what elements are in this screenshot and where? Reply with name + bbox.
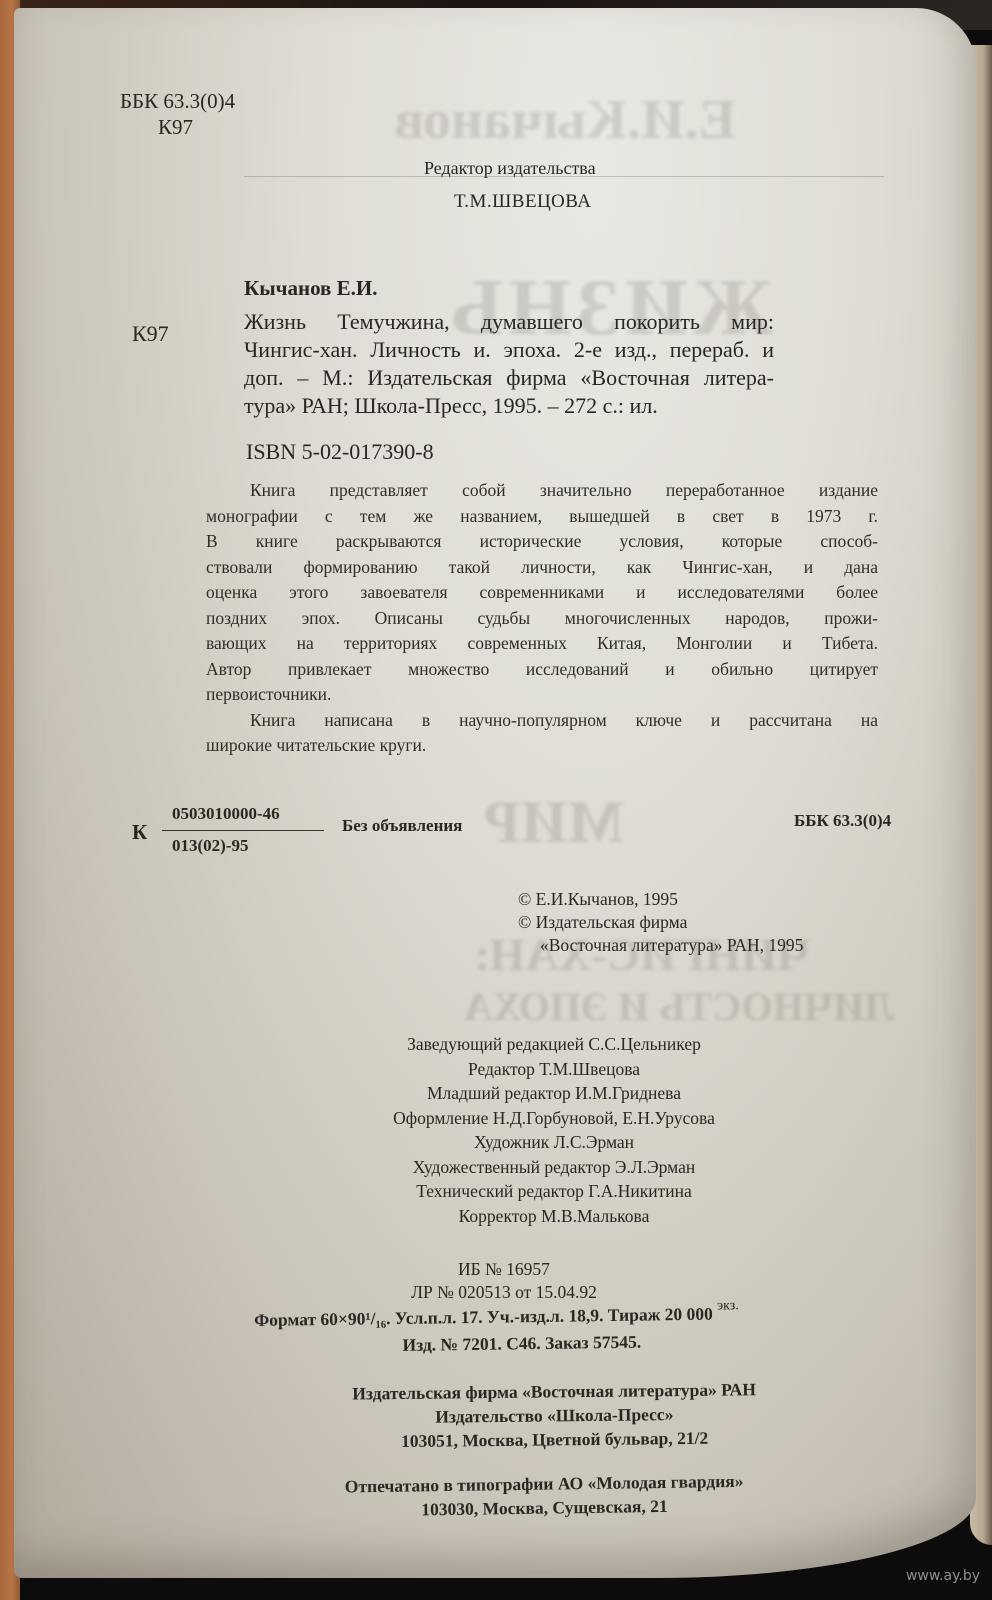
editor-divider — [244, 176, 884, 177]
description-line: доп. – М.: Издательская фирма «Восточная… — [244, 364, 774, 392]
copies-unit: экз. — [717, 1298, 739, 1313]
isbn: ISBN 5-02-017390-8 — [246, 439, 434, 465]
classification-letter: К — [132, 820, 147, 845]
bibliographic-description: Жизнь Темучжина, думавшего покорить мир:… — [244, 308, 774, 420]
bleed-through-subtitle-2: ЛИЧНОСТЬ И ЭПОХА — [464, 983, 894, 1030]
record-author-mark: К97 — [132, 321, 169, 347]
annotation-line: поздних эпох. Описаны судьбы многочислен… — [206, 606, 878, 632]
bbk-footer-code: ББК 63.3(0)4 — [794, 811, 891, 831]
annotation-line: монографии с тем же названием, вышедшей … — [206, 504, 878, 530]
copyright-publisher-cont: «Восточная литература» РАН, 1995 — [518, 934, 803, 957]
annotation-line: ствовали формированию такой личности, ка… — [206, 555, 878, 581]
fraction-bar — [162, 830, 324, 831]
author-mark: К97 — [120, 114, 235, 140]
ib-number: ИБ № 16957 — [364, 1258, 644, 1281]
classification-numerator: 0503010000-46 — [172, 804, 280, 824]
copyright-author: © Е.И.Кычанов, 1995 — [518, 888, 803, 911]
description-line: Жизнь Темучжина, думавшего покорить мир: — [244, 308, 774, 336]
publisher-block: Издательская фирма «Восточная литература… — [304, 1377, 805, 1454]
book-page: Е.И.Кычанов ЖИЗНЬ МИР ЧИНГИС-ХАН: ЛИЧНОС… — [14, 8, 976, 1578]
staff-credits: Заведующий редакцией С.С.Цельникер Редак… — [314, 1032, 794, 1228]
editor-name: Т.М.ШВЕЦОВА — [454, 191, 591, 213]
annotation-line: В книге раскрываются исторические услови… — [206, 529, 878, 555]
annotation-line: вающих на территориях современных Китая,… — [206, 631, 878, 657]
description-line: Чингис-хан. Личность и. эпоха. 2-е изд.,… — [244, 336, 774, 364]
staff-row: Оформление Н.Д.Горбуновой, Е.Н.Урусова — [314, 1106, 794, 1131]
annotation-line: первоисточники. — [206, 682, 878, 708]
annotation-line: Автор привлекает множество исследований … — [206, 657, 878, 683]
bleed-through-author: Е.И.Кычанов — [394, 88, 736, 152]
site-watermark: www.ay.by — [906, 1568, 980, 1584]
printer-block: Отпечатано в типографии АО «Молодая гвар… — [304, 1468, 785, 1523]
staff-row: Технический редактор Г.А.Никитина — [314, 1179, 794, 1204]
staff-row: Заведующий редакцией С.С.Цельникер — [314, 1032, 794, 1057]
annotation-line: Книга написана в научно-популярном ключе… — [206, 708, 878, 734]
staff-row: Корректор М.В.Малькова — [314, 1204, 794, 1229]
print-specs: Формат 60×90¹/₁₆. Усл.п.л. 17. Уч.-изд.л… — [254, 1299, 915, 1359]
staff-row: Художественный редактор Э.Л.Эрман — [314, 1155, 794, 1180]
description-line: тура» РАН; Школа-Пресс, 1995. – 272 с.: … — [244, 392, 774, 420]
lr-number: ЛР № 020513 от 15.04.92 — [364, 1281, 644, 1304]
annotation: Книга представляет собой значительно пер… — [206, 478, 878, 759]
copyright-publisher: © Издательская фирма — [518, 911, 803, 934]
author-heading: Кычанов Е.И. — [244, 276, 377, 301]
bleed-through-world: МИР — [484, 788, 624, 857]
copyright-block: © Е.И.Кычанов, 1995 © Издательская фирма… — [518, 888, 803, 957]
staff-row: Редактор Т.М.Швецова — [314, 1057, 794, 1082]
publisher-address: 103051, Москва, Цветной бульвар, 21/2 — [305, 1425, 805, 1454]
bbk-code: ББК 63.3(0)4 — [120, 88, 235, 114]
registry-numbers: ИБ № 16957 ЛР № 020513 от 15.04.92 — [364, 1258, 644, 1304]
annotation-line: оценка этого завоевателя современниками … — [206, 580, 878, 606]
format-details: Формат 60×90¹/₁₆. Усл.п.л. 17. Уч.-изд.л… — [254, 1304, 713, 1330]
staff-row: Художник Л.С.Эрман — [314, 1130, 794, 1155]
annotation-line: широкие читательские круги. — [206, 733, 878, 759]
annotation-line: Книга представляет собой значительно пер… — [206, 478, 878, 504]
classification-denominator: 013(02)-95 — [172, 836, 248, 856]
staff-row: Младший редактор И.М.Гриднева — [314, 1081, 794, 1106]
no-ads-label: Без объявления — [342, 816, 462, 836]
bbk-header: ББК 63.3(0)4 К97 — [120, 88, 235, 140]
